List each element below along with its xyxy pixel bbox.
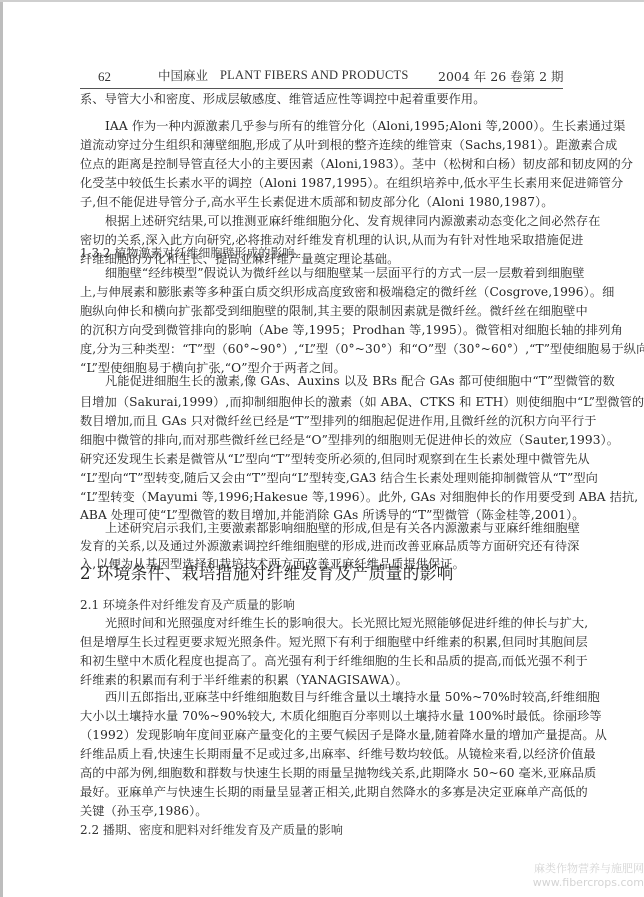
paragraph-line: IAA 作为一种内源激素几乎参与所有的维管分化（Aloni,1995;Aloni… [80, 117, 564, 135]
header-rule [80, 88, 563, 89]
paragraph-line: “L”型转变（Mayumi 等,1996;Hakesue 等,1996）。此外,… [80, 488, 564, 506]
paragraph-line: （1992）发现影响年度间亚麻产量变化的主要气候因子是降水量,随着降水量的增加产… [80, 726, 564, 744]
paragraph-line: “L”型向“T”型转变,随后又会由“T”型向“L”型转变,GA3 结合生长素处理… [80, 469, 564, 487]
paragraph-line: 最好。亚麻单产与快速生长期的雨量呈显著正相关,此期自然降水的多寡是决定亚麻单产高… [80, 783, 564, 801]
section-heading-2: 2 环境条件、栽培措施对纤维发育及产质量的影响 [80, 563, 454, 585]
site-watermark: 麻类作物营养与施肥网 www.fibercrops.com [520, 862, 644, 890]
paragraph-line: 根据上述研究结果,可以推测亚麻纤维细胞分化、发育规律同内源激素动态变化之间必然存… [80, 212, 564, 230]
paragraph-line: 子,但不能促进导管分子,高水平生长素促进木质部和韧皮部分化（Aloni 1980… [80, 193, 564, 211]
paragraph-line: 目增加（Sakurai,1999）,而抑制细胞伸长的激素（如 ABA、CTKS … [80, 393, 564, 411]
paragraph-line: 但是增厚生长过程更要求短光照条件。短光照下有利于细胞壁中纤维素的积累,但同时其胞… [80, 633, 564, 651]
paragraph-line: 度,分为三种类型：“T”型（60°~90°）,“L”型（0°~30°）和“O”型… [80, 340, 564, 358]
running-header: 62 中国麻业 PLANT FIBERS AND PRODUCTS 2004 年… [80, 66, 564, 86]
watermark-site-name: 麻类作物营养与施肥网 [520, 862, 644, 876]
paragraph-line: 凡能促进细胞生长的激素,像 GAs、Auxins 以及 BRs 配合 GAs 都… [80, 372, 564, 390]
watermark-url: www.fibercrops.com [520, 876, 644, 890]
section-heading-1-3-2: 1.3.2 植物激素对纤维细胞壁形成的影响 [80, 244, 294, 262]
page-border-top [0, 0, 644, 2]
journal-name-en: PLANT FIBERS AND PRODUCTS [220, 68, 409, 83]
paragraph-line: 的沉积方向受到微管排向的影响（Abe 等,1995；Prodhan 等,1995… [80, 321, 564, 339]
paragraph-line: 细胞中微管的排向,而对那些微纤丝已经是“O”型排列的细胞则无促进伸长的效应（Sa… [80, 431, 564, 449]
section-heading-2-1: 2.1 环境条件对纤维发育及产质量的影响 [80, 596, 295, 614]
paragraph-line: 大小以土壤持水量 70%~90%较大, 木质化细胞百分率则以土壤持水量 100%… [80, 707, 564, 725]
paragraph-line: 胞纵向伸长和横向扩张都受到细胞壁的限制,其主要的限制因素就是微纤丝。微纤丝在细胞… [80, 302, 564, 320]
page-border-left [0, 0, 3, 897]
paragraph-line: 系、导管大小和密度、形成层敏感度、维管适应性等调控中起着重要作用。 [80, 90, 564, 108]
paragraph-line: 光照时间和光照强度对纤维生长的影响很大。长光照比短光照能够促进纤维的伸长与扩大, [80, 614, 564, 632]
paragraph-line: 关键（孙玉亭,1986）。 [80, 802, 564, 820]
paragraph-line: 上,与伸展素和膨胀素等多种蛋白质交织形成高度致密和极端稳定的微纤丝（Cosgro… [80, 283, 564, 301]
paragraph-line: 细胞壁“经纬模型”假说认为微纤丝以与细胞壁某一层面平行的方式一层一层敷着到细胞壁 [80, 264, 564, 282]
issue-info: 2004 年 26 卷第 2 期 [438, 67, 564, 85]
paragraph-line: 高的中部为例,细胞数和群数与快速生长期的雨量呈抛物线关系,此期降水 50~60 … [80, 764, 564, 782]
section-heading-2-2: 2.2 播期、密度和肥料对纤维发育及产质量的影响 [80, 821, 343, 839]
paragraph-line: 研究还发现生长素是微管从“L”型向“T”型转变所必须的,但同时观察到在生长素处理… [80, 450, 564, 468]
paragraph-line: 数目增加,而且 GAs 只对微纤丝已经是“T”型排列的细胞起促进作用,且微纤丝的… [80, 412, 564, 430]
paragraph-line: 纤维品质上看,快速生长期雨量不足或过多,出麻率、纤维号数均较低。从镜检来看,以经… [80, 745, 564, 763]
paragraph-line: 纤维素的积累而有利于半纤维素的积累（YANAGISAWA）。 [80, 671, 564, 689]
journal-name-cn: 中国麻业 [158, 66, 208, 84]
paragraph-line: 西川五郎指出,亚麻茎中纤维细胞数目与纤维含量以土壤持水量 50%~70%时较高,… [80, 688, 564, 706]
paragraph-line: 发育的关系,以及通过外源激素调控纤维细胞壁的形成,进而改善亚麻品质等方面研究还有… [80, 537, 564, 555]
paragraph-line: 和初生壁中木质化程度也提高了。高光强有利于纤维细胞的生长和品质的提高,而低光强不… [80, 652, 564, 670]
paragraph-line: 位点的距离是控制导管直径大小的主要因素（Aloni,1983）。茎中（松树和白杨… [80, 155, 564, 173]
paragraph-line: 道流动穿过分生组织和薄壁细胞,形成了从叶到根的整齐连续的维管束（Sachs,19… [80, 136, 564, 154]
page-number: 62 [98, 69, 111, 85]
paragraph-line: 化受茎中较低生长素水平的调控（Aloni 1987,1995）。在组织培养中,低… [80, 174, 564, 192]
paragraph-line: 上述研究启示我们,主要激素都影响细胞壁的形成,但是有关各内源激素与亚麻纤维细胞壁 [80, 519, 564, 537]
